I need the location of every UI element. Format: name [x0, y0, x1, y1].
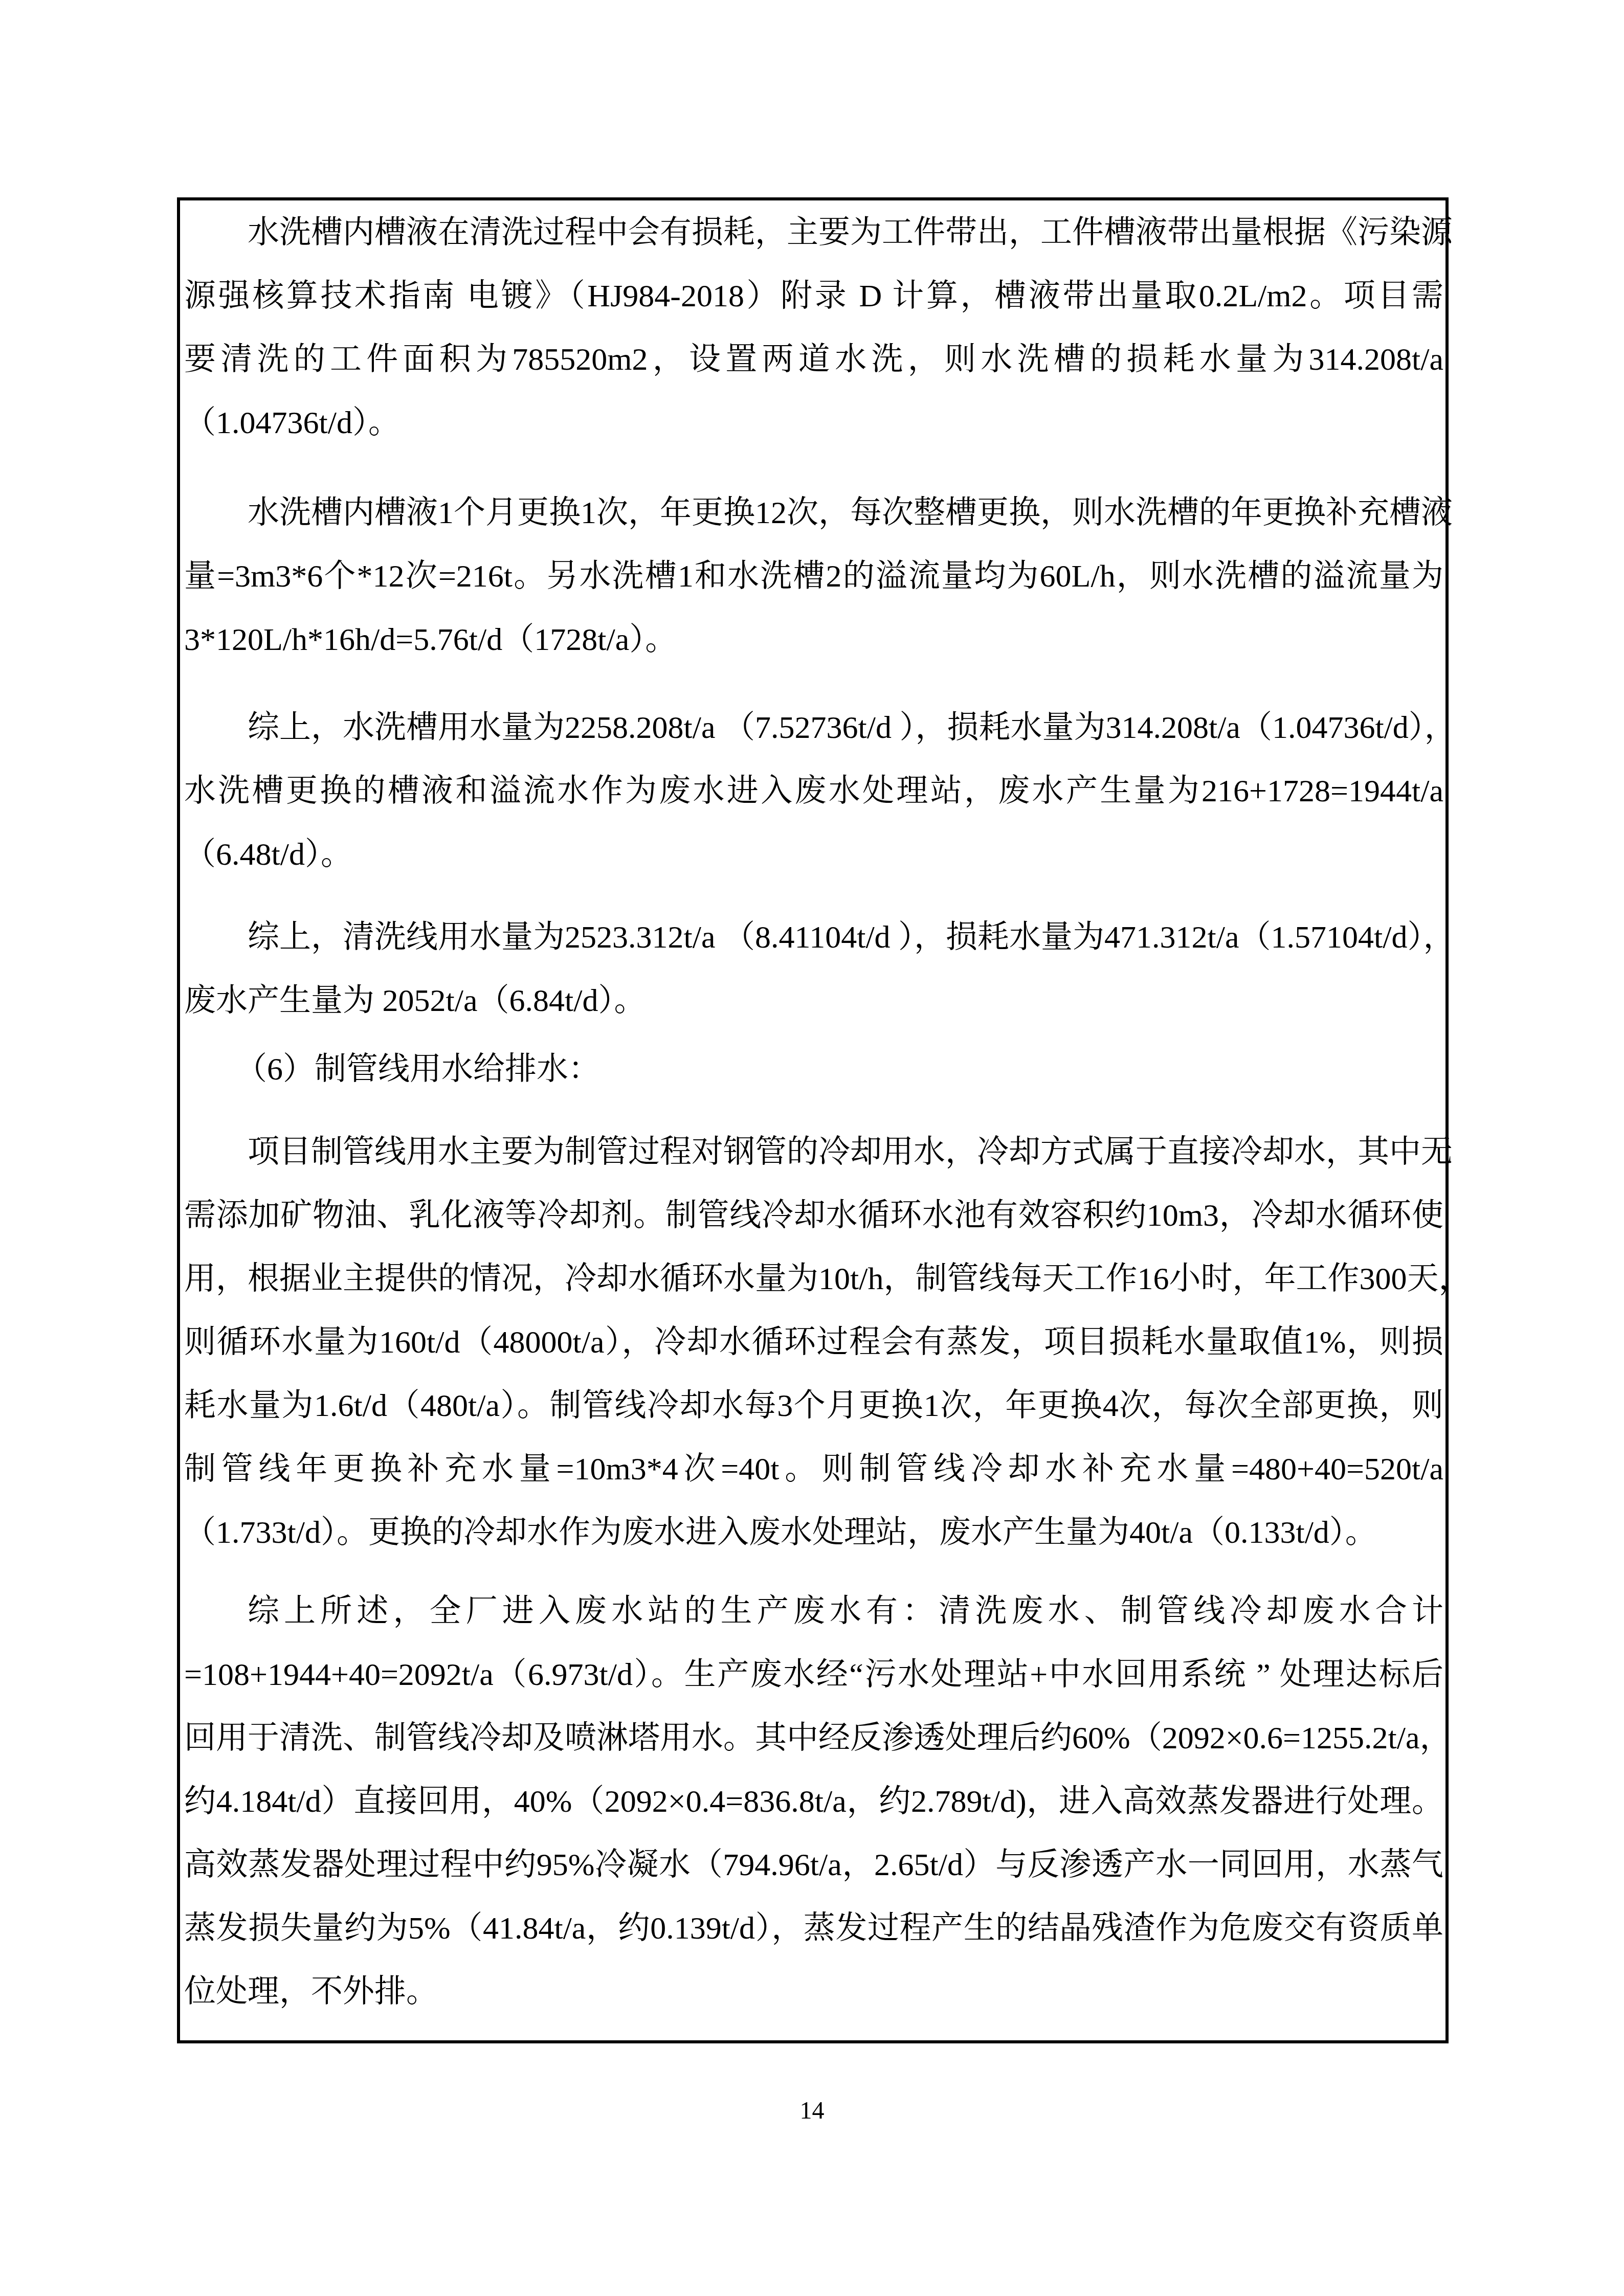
- p6-line-3: 回用于清洗、制管线冷却及喷淋塔用水。其中经反渗透处理后约60%（2092×0.6…: [184, 1720, 1443, 1756]
- p2-line-1: 水洗槽内槽液1个月更换1次，年更换12次，每次整槽更换，则水洗槽的年更换补充槽液: [184, 495, 1443, 531]
- p4-line-1: 综上，清洗线用水量为2523.312t/a （8.41104t/d ），损耗水量…: [184, 919, 1443, 955]
- p5-line-2: 需添加矿物油、乳化液等冷却剂。制管线冷却水循环水池有效容积约10m3，冷却水循环…: [184, 1198, 1443, 1233]
- section-heading-6: （6）制管线用水给排水：: [184, 1051, 600, 1087]
- p3-line-1: 综上，水洗槽用水量为2258.208t/a （7.52736t/d ），损耗水量…: [184, 710, 1443, 746]
- p5-line-6: 制管线年更换补充水量=10m3*4次=40t。则制管线冷却水补充水量=480+4…: [184, 1451, 1443, 1487]
- p6-line-1: 综上所述，全厂进入废水站的生产废水有：清洗废水、制管线冷却废水合计: [184, 1593, 1443, 1629]
- p5-line-7: （1.733t/d）。更换的冷却水作为废水进入废水处理站，废水产生量为40t/a…: [184, 1515, 1377, 1550]
- p3-line-2: 水洗槽更换的槽液和溢流水作为废水进入废水处理站，废水产生量为216+1728=1…: [184, 773, 1443, 809]
- p4-line-2: 废水产生量为 2052t/a（6.84t/d）。: [184, 983, 646, 1019]
- p1-line-1: 水洗槽内槽液在清洗过程中会有损耗，主要为工件带出，工件槽液带出量根据《污染源: [184, 215, 1443, 251]
- p6-line-7: 位处理，不外排。: [184, 1974, 438, 2010]
- p2-line-3: 3*120L/h*16h/d=5.76t/d（1728t/a）。: [184, 622, 677, 658]
- p5-line-5: 耗水量为1.6t/d（480t/a）。制管线冷却水每3个月更换1次，年更换4次，…: [184, 1388, 1443, 1424]
- p6-line-5: 高效蒸发器处理过程中约95%冷凝水（794.96t/a，2.65t/d）与反渗透…: [184, 1847, 1443, 1883]
- p6-line-2: =108+1944+40=2092t/a（6.973t/d）。生产废水经“污水处…: [184, 1657, 1443, 1693]
- p5-line-4: 则循环水量为160t/d（48000t/a），冷却水循环过程会有蒸发，项目损耗水…: [184, 1324, 1443, 1360]
- p5-line-1: 项目制管线用水主要为制管过程对钢管的冷却用水，冷却方式属于直接冷却水，其中无: [184, 1134, 1443, 1170]
- p1-line-2: 源强核算技术指南 电镀》（HJ984-2018）附录 D 计算，槽液带出量取0.…: [184, 278, 1443, 314]
- p3-line-3: （6.48t/d）。: [184, 837, 352, 872]
- p6-line-6: 蒸发损失量约为5%（41.84t/a，约0.139t/d），蒸发过程产生的结晶残…: [184, 1910, 1443, 1946]
- p6-line-4: 约4.184t/d）直接回用，40%（2092×0.4=836.8t/a，约2.…: [184, 1784, 1443, 1819]
- content-table-frame: [177, 197, 1449, 2043]
- page-number: 14: [0, 2097, 1624, 2125]
- p1-line-3: 要清洗的工件面积为785520m2，设置两道水洗，则水洗槽的损耗水量为314.2…: [184, 342, 1443, 377]
- p1-line-4: （1.04736t/d）。: [184, 405, 400, 441]
- p2-line-2: 量=3m3*6个*12次=216t。另水洗槽1和水洗槽2的溢流量均为60L/h，…: [184, 558, 1443, 594]
- p5-line-3: 用，根据业主提供的情况，冷却水循环水量为10t/h，制管线每天工作16小时，年工…: [184, 1261, 1443, 1297]
